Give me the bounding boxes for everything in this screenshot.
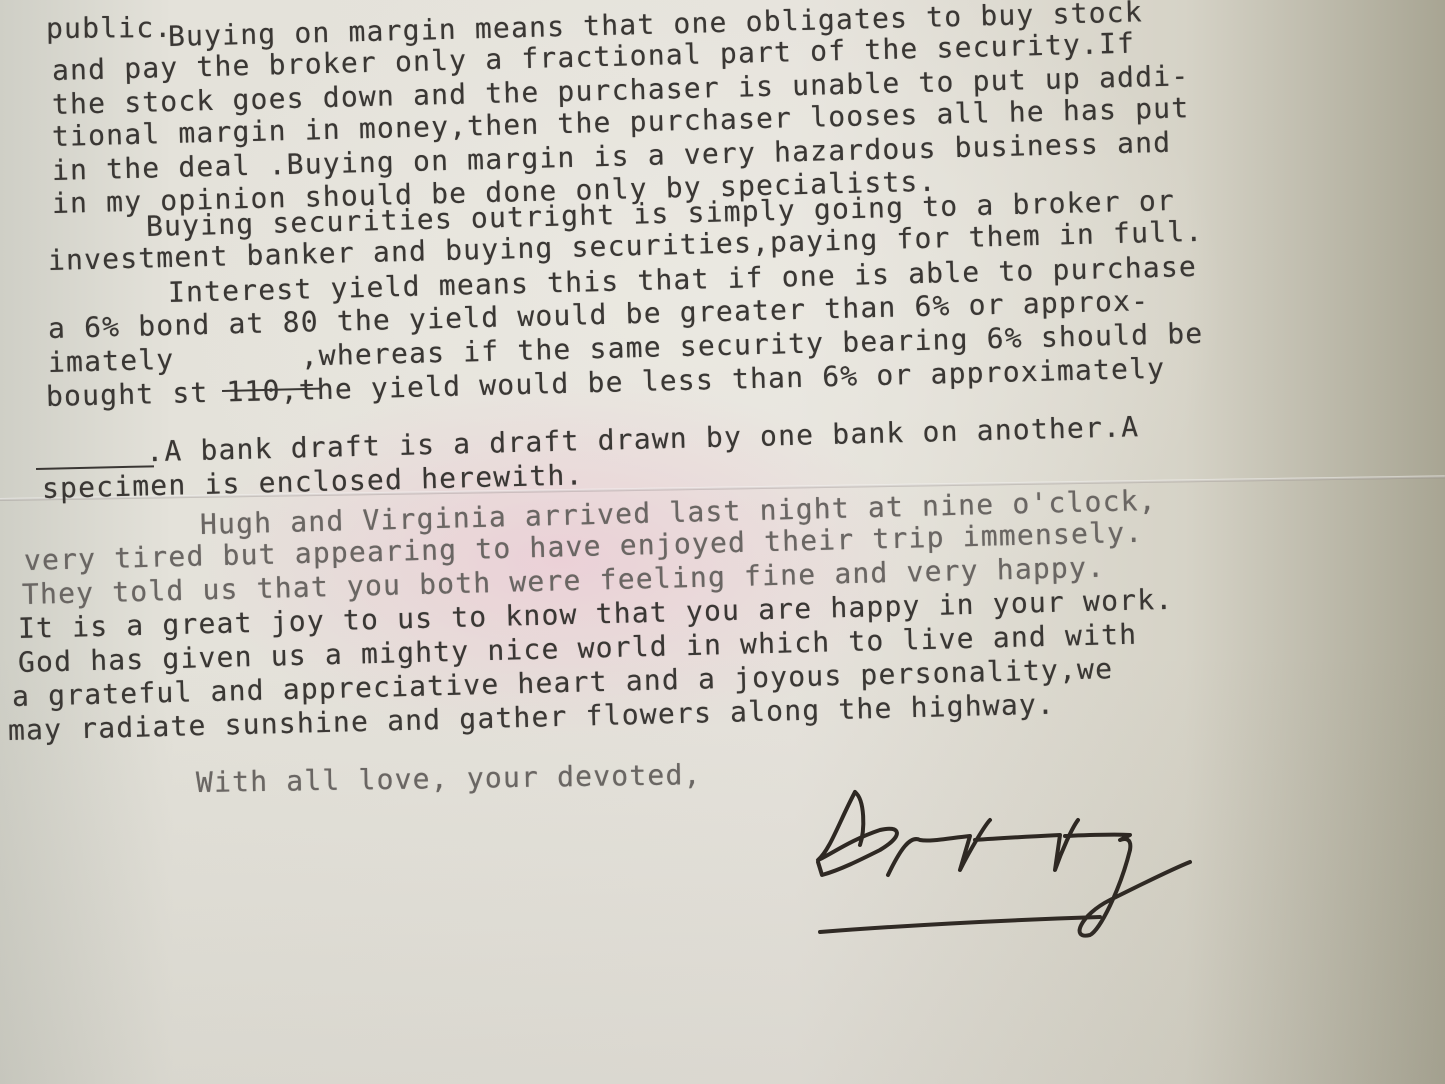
closing-line: With all love, your devoted,	[196, 758, 702, 799]
signature-ink-icon	[810, 780, 1200, 960]
letter-line: .A bank draft is a draft drawn by one ba…	[38, 410, 1140, 471]
handwritten-signature	[810, 780, 1200, 960]
letter-line: public.	[46, 11, 173, 45]
letter-paper: public. Buying on margin means that one …	[0, 0, 1445, 1084]
